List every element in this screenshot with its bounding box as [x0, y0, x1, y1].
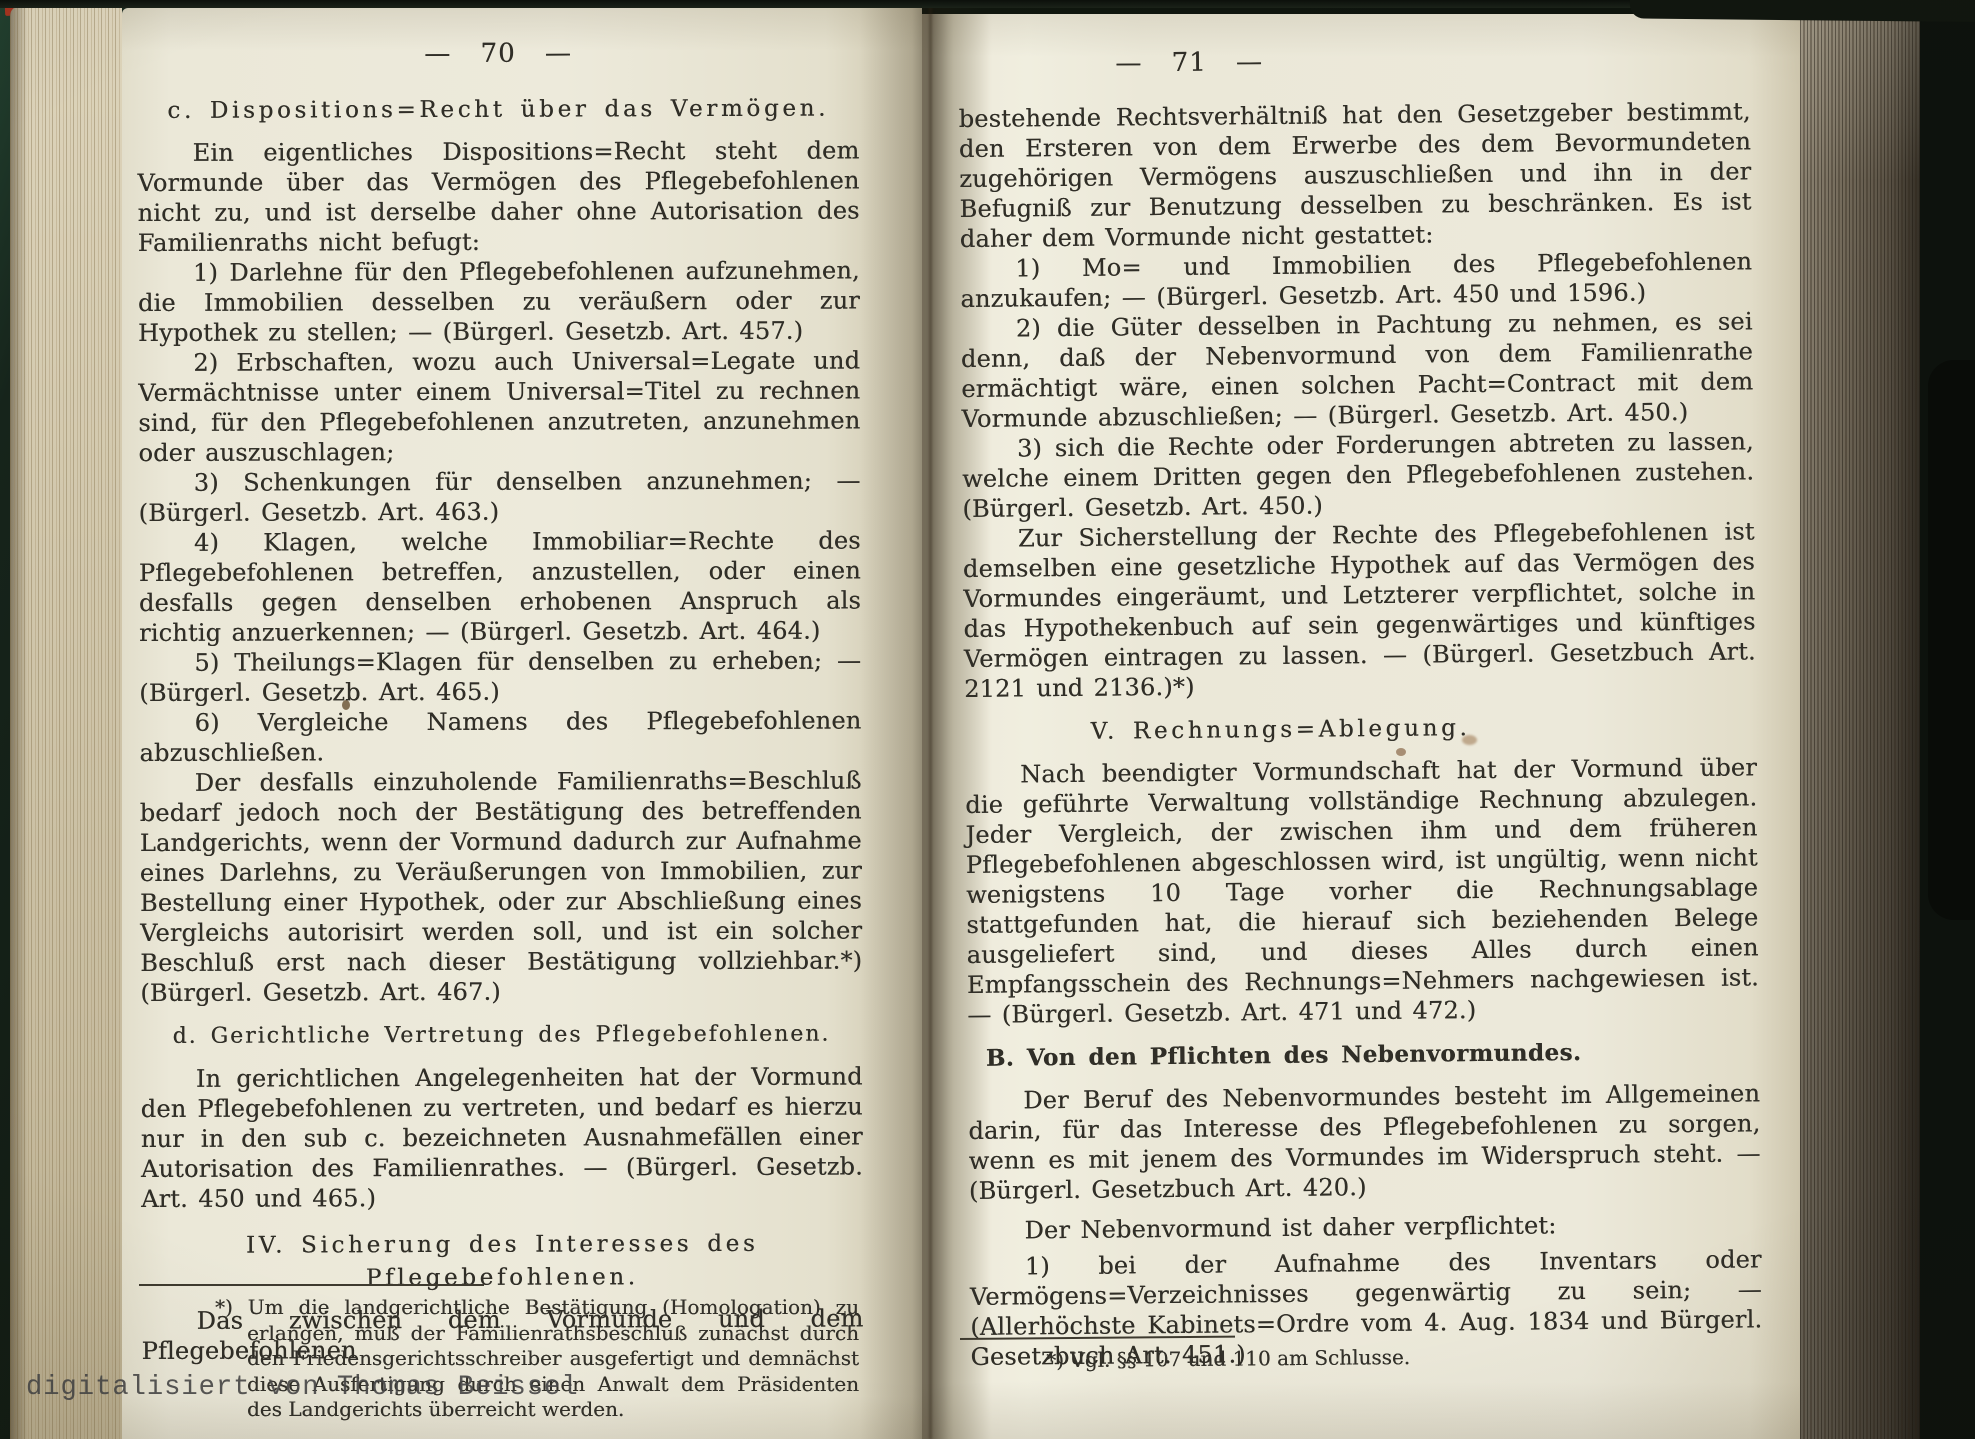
page-number-70: — 70 —	[137, 37, 859, 70]
list-item-2: 2) die Güter desselben in Pachtung zu ne…	[961, 306, 1754, 434]
footnote-rule	[139, 1284, 484, 1286]
paragraph-hypothek: Zur Sicherstellung der Rechte des Pflege…	[963, 516, 1757, 704]
paragraph-rechnung: Nach beendigter Vormundschaft hat der Vo…	[965, 752, 1760, 1030]
section-heading-d: d. Gerichtliche Vertretung des Pflegebef…	[140, 1019, 862, 1052]
book-cover-top-right	[1630, 0, 1975, 22]
paragraph-beruf: Der Beruf des Nebenvormundes besteht im …	[968, 1078, 1761, 1206]
paragraph-intro: Ein eigentliches Dispositions=Recht steh…	[137, 135, 859, 258]
footnote-70: *) Um die landgerichtliche Bestätigung (…	[215, 1295, 859, 1423]
section-heading-v: V. Rechnungs=Ablegung.	[884, 711, 1676, 749]
list-item-3: 3) sich die Rechte oder Forderungen abtr…	[962, 426, 1755, 524]
fore-edge-right	[1800, 10, 1922, 1439]
list-item-5: 5) Theilungs=Klagen für denselben zu erh…	[139, 645, 861, 708]
list-item-1: 1) Mo= und Immobilien des Pflegebefohlen…	[960, 246, 1753, 314]
list-item-6: 6) Vergleiche Namens des Pflegebefohlene…	[139, 705, 861, 768]
page-71-text: — 71 — bestehende Rechtsverhältniß hat d…	[958, 42, 1763, 1372]
list-item-2: 2) Erbschaften, wozu auch Universal=Lega…	[138, 345, 860, 468]
paragraph-verpflichtet: Der Nebenvormund ist daher verpflichtet:	[969, 1208, 1761, 1246]
paragraph-gerichtlich: In gerichtlichen Angelegenheiten hat der…	[141, 1061, 864, 1214]
book-scan: — 70 — c. Dispositions=Recht über das Ve…	[0, 0, 1975, 1439]
digitization-watermark: digitalisiert von Thomas Beissel	[26, 1372, 579, 1403]
page-edges-left	[10, 6, 122, 1439]
paragraph-beschluss: Der desfalls einzuholende Familienraths=…	[140, 765, 863, 1008]
cover-shadow-blob	[1928, 360, 1975, 920]
section-heading-c: c. Dispositions=Recht über das Vermögen.	[137, 93, 859, 126]
footnote-block-71: *) Vgl. §§ 107 und 110 am Schlusse.	[958, 1331, 1738, 1374]
paragraph-continuation: bestehende Rechtsverhältniß hat den Gese…	[959, 96, 1752, 254]
page-number-71: — 71 —	[793, 44, 1585, 82]
page-70-text: — 70 — c. Dispositions=Recht über das Ve…	[137, 37, 864, 1366]
list-item-4: 4) Klagen, welche Immobiliar=Rechte des …	[139, 525, 861, 648]
section-heading-b: B. Von den Pflichten des Nebenvormundes.	[888, 1037, 1680, 1075]
list-item-3: 3) Schenkungen für denselben anzunehmen;…	[138, 465, 860, 528]
list-item-1: 1) Darlehne für den Pflegebefohlenen auf…	[138, 255, 860, 348]
